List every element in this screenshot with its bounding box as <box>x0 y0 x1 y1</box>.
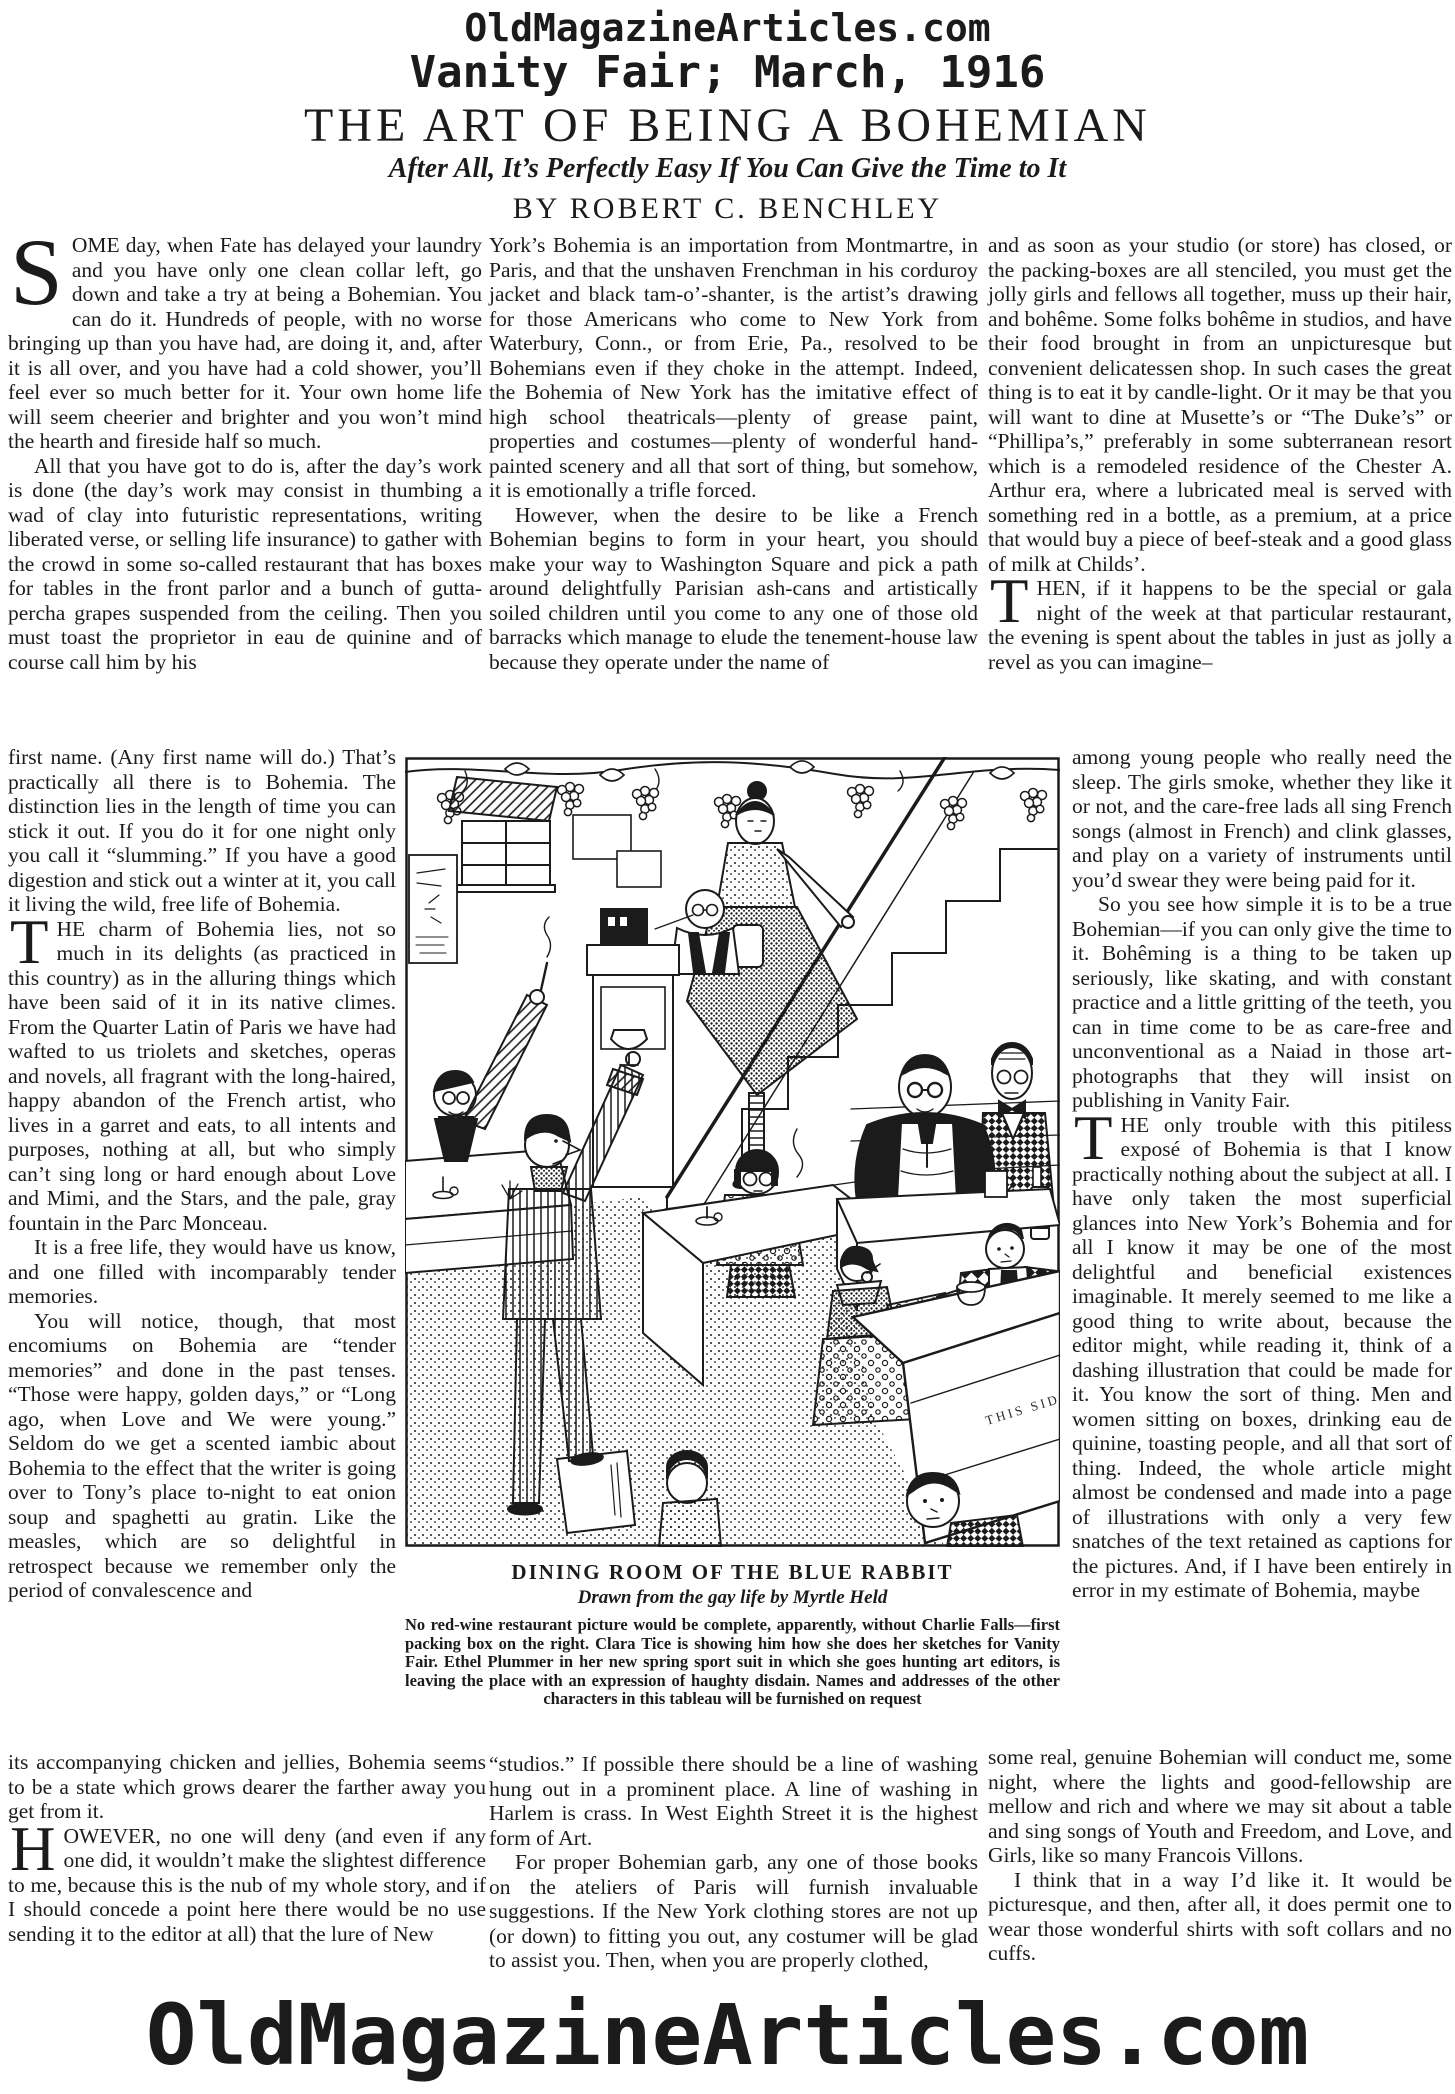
article-paragraph: THE charm of Bohemia lies, not so much i… <box>8 917 396 1236</box>
column-2-upper: York’s Bohemia is an importation from Mo… <box>489 233 978 674</box>
site-brand-bottom: OldMagazineArticles.com <box>0 1986 1455 2084</box>
article-title: THE ART OF BEING A BOHEMIAN <box>0 98 1455 153</box>
paragraph-text: It is a free life, they would have us kn… <box>8 1235 396 1308</box>
column-1-beside-illustration: first name. (Any first name will do.) Th… <box>8 745 396 1603</box>
article-paragraph: HOWEVER, no one will deny (and even if a… <box>8 1824 486 1947</box>
paragraph-text: HEN, if it happens to be the special or … <box>988 576 1452 674</box>
article-illustration-block: THIS SIDE UP <box>405 757 1060 1709</box>
article-paragraph: SOME day, when Fate has delayed your lau… <box>8 233 482 454</box>
column-3-beside-illustration: among young people who really need the s… <box>1072 745 1452 1603</box>
drop-cap: T <box>1072 1113 1120 1162</box>
article-paragraph: York’s Bohemia is an importation from Mo… <box>489 233 978 503</box>
article-paragraph: All that you have got to do is, after th… <box>8 454 482 675</box>
paragraph-text: some real, genuine Bohemian will conduct… <box>988 1745 1452 1867</box>
paragraph-text: “studios.” If possible there should be a… <box>489 1752 978 1850</box>
column-3-lower: some real, genuine Bohemian will conduct… <box>988 1745 1452 1966</box>
article-paragraph: You will notice, though, that most encom… <box>8 1309 396 1603</box>
column-2-lower: “studios.” If possible there should be a… <box>489 1752 978 1973</box>
article-subtitle: After All, It’s Perfectly Easy If You Ca… <box>0 153 1455 185</box>
magazine-scan-page: { "header": { "brand": "OldMagazineArtic… <box>0 0 1455 2094</box>
paragraph-text: OME day, when Fate has delayed your laun… <box>8 233 482 453</box>
article-paragraph: I think that in a way I’d like it. It wo… <box>988 1868 1452 1966</box>
article-paragraph: It is a free life, they would have us kn… <box>8 1235 396 1309</box>
column-1-upper: SOME day, when Fate has delayed your lau… <box>8 233 482 674</box>
paragraph-text: However, when the desire to be like a Fr… <box>489 503 978 674</box>
article-paragraph: THE only trouble with this pitiless expo… <box>1072 1113 1452 1603</box>
article-paragraph: first name. (Any first name will do.) Th… <box>8 745 396 917</box>
article-paragraph: its accompanying chicken and jellies, Bo… <box>8 1750 486 1824</box>
site-brand-top: OldMagazineArticles.com <box>0 6 1455 50</box>
drop-cap: T <box>8 917 56 966</box>
paragraph-text: For proper Bohemian garb, any one of tho… <box>489 1850 978 1972</box>
illustration-caption-title: DINING ROOM OF THE BLUE RABBIT <box>405 1560 1060 1585</box>
article-paragraph: among young people who really need the s… <box>1072 745 1452 892</box>
article-paragraph: So you see how simple it is to be a true… <box>1072 892 1452 1113</box>
article-paragraph: some real, genuine Bohemian will conduct… <box>988 1745 1452 1868</box>
paragraph-text: All that you have got to do is, after th… <box>8 454 482 674</box>
article-paragraph: THEN, if it happens to be the special or… <box>988 576 1452 674</box>
article-paragraph: “studios.” If possible there should be a… <box>489 1752 978 1850</box>
paragraph-text: its accompanying chicken and jellies, Bo… <box>8 1750 486 1823</box>
paragraph-text: HE only trouble with this pitiless expos… <box>1072 1113 1452 1603</box>
paragraph-text: HE charm of Bohemia lies, not so much in… <box>8 917 396 1235</box>
article-paragraph: and as soon as your studio (or store) ha… <box>988 233 1452 576</box>
drop-cap: T <box>988 576 1036 625</box>
article-paragraph: However, when the desire to be like a Fr… <box>489 503 978 675</box>
paragraph-text: So you see how simple it is to be a true… <box>1072 892 1452 1112</box>
illustration-caption-credit: Drawn from the gay life by Myrtle Held <box>405 1587 1060 1609</box>
article-byline: BY ROBERT C. BENCHLEY <box>0 192 1455 226</box>
paragraph-text: York’s Bohemia is an importation from Mo… <box>489 233 978 502</box>
illustration-caption-body: No red-wine restaurant picture would be … <box>405 1616 1060 1709</box>
paragraph-text: and as soon as your studio (or store) ha… <box>988 233 1452 576</box>
drop-cap: S <box>8 233 72 308</box>
drop-cap: H <box>8 1824 64 1873</box>
issue-line: Vanity Fair; March, 1916 <box>0 47 1455 98</box>
paragraph-text: among young people who really need the s… <box>1072 745 1452 892</box>
column-3-upper: and as soon as your studio (or store) ha… <box>988 233 1452 674</box>
paragraph-text: I think that in a way I’d like it. It wo… <box>988 1868 1452 1966</box>
paragraph-text: You will notice, though, that most encom… <box>8 1309 396 1603</box>
article-paragraph: For proper Bohemian garb, any one of tho… <box>489 1850 978 1973</box>
paragraph-text: first name. (Any first name will do.) Th… <box>8 745 396 916</box>
column-1-lower: its accompanying chicken and jellies, Bo… <box>8 1750 486 1946</box>
illustration-drawing: THIS SIDE UP <box>405 757 1060 1547</box>
paragraph-text: OWEVER, no one will deny (and even if an… <box>8 1824 486 1946</box>
